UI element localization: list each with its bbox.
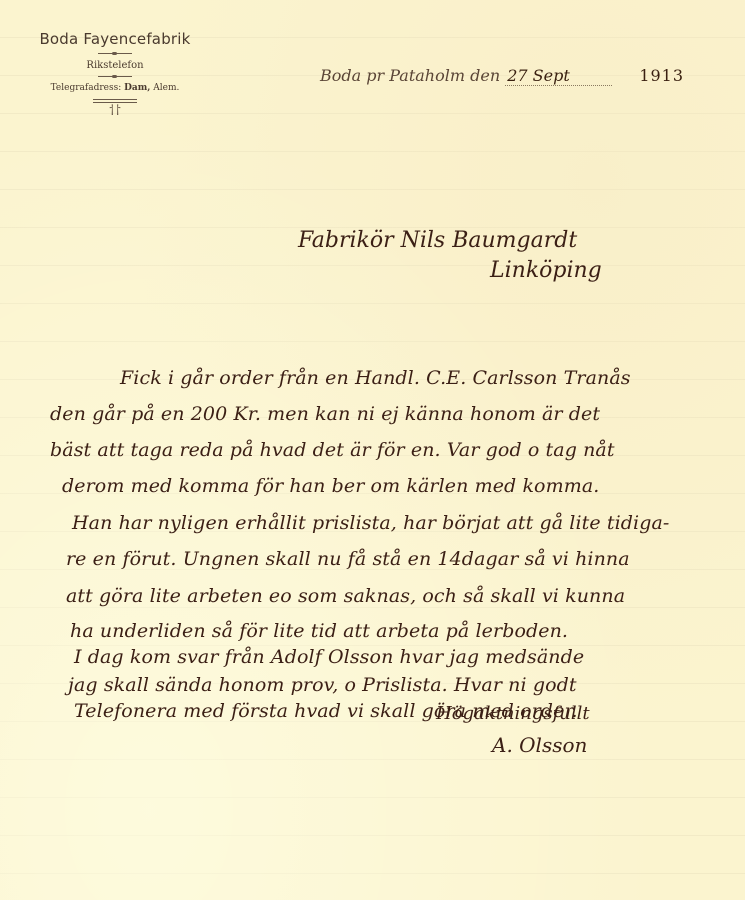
dateline-year: 1913: [639, 66, 684, 85]
flourish-icon: ⸶⸷: [30, 104, 200, 118]
company-name: Boda Fayencefabrik: [30, 30, 200, 48]
body-line: ha underliden så för lite tid att arbeta…: [70, 620, 568, 642]
body-line: att göra lite arbeten eo som saknas, och…: [66, 585, 625, 607]
divider: [98, 76, 132, 77]
telegraph-address: Telegrafadress: Dam, Alem.: [30, 83, 200, 93]
divider: [98, 53, 132, 54]
body-line: derom med komma för han ber om kärlen me…: [62, 475, 599, 497]
dateline-place: Boda pr Pataholm den: [320, 66, 500, 85]
recipient-name: Fabrikör Nils Baumgardt: [298, 228, 577, 253]
body-line: re en förut. Ungnen skall nu få stå en 1…: [66, 548, 630, 570]
recipient-city: Linköping: [490, 258, 602, 283]
telegraph-place: Alem.: [153, 83, 179, 93]
body-line: Fick i går order från en Handl. C.E. Car…: [120, 367, 631, 389]
letterhead: Boda Fayencefabrik Rikstelefon Telegrafa…: [30, 30, 200, 118]
letter-page: Boda Fayencefabrik Rikstelefon Telegrafa…: [0, 0, 745, 900]
body-line: bäst att taga reda på hvad det är för en…: [50, 439, 615, 461]
body-line: jag skall sända honom prov, o Prislista.…: [68, 674, 577, 696]
telegraph-name: Dam,: [124, 83, 150, 93]
body-line: I dag kom svar från Adolf Olsson hvar ja…: [74, 646, 584, 668]
phone-label: Rikstelefon: [30, 60, 200, 71]
signature: A. Olsson: [492, 733, 587, 757]
dateline: Boda pr Pataholm den 27 Sept 1913: [320, 66, 720, 86]
telegraph-label: Telegrafadress:: [51, 83, 122, 93]
body-line: Han har nyligen erhållit prislista, har …: [72, 512, 669, 534]
dateline-date: 27 Sept: [505, 66, 612, 86]
body-line: den går på en 200 Kr. men kan ni ej känn…: [50, 403, 600, 425]
closing-salutation: Högaktningsfullt: [436, 703, 590, 724]
